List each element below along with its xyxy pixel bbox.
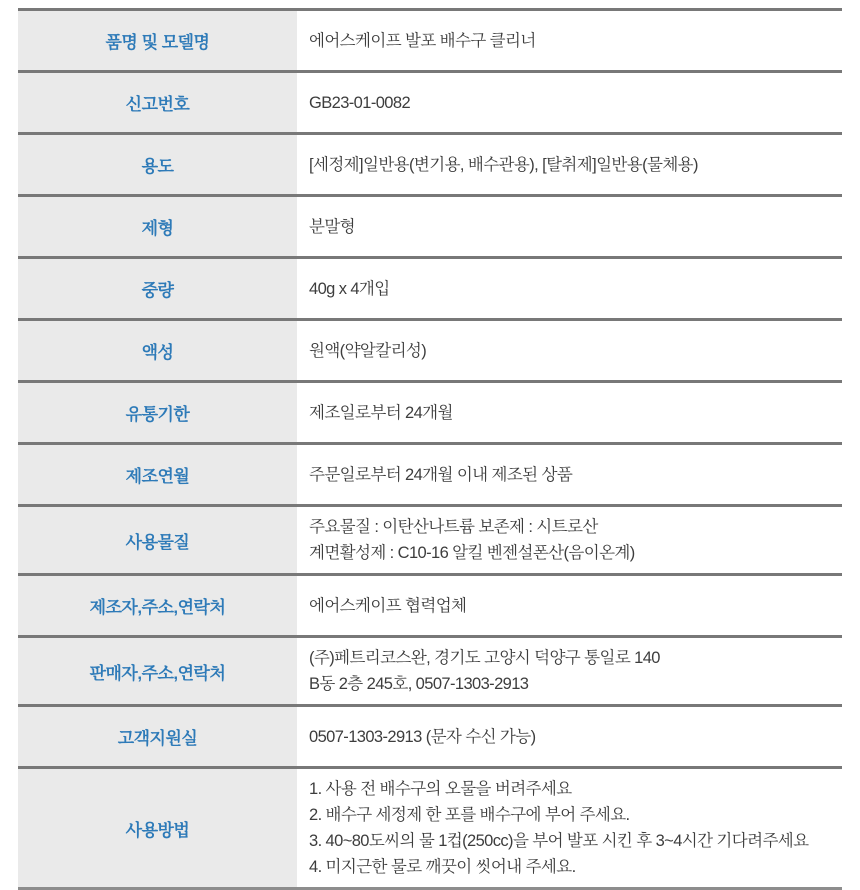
row-label: 제형 — [18, 197, 297, 256]
table-row: 고객지원실 0507-1303-2913 (문자 수신 가능) — [18, 704, 842, 766]
table-row: 제형 분말형 — [18, 194, 842, 256]
row-value: 에어스케이프 협력업체 — [297, 576, 842, 635]
table-row: 제조연월 주문일로부터 24개월 이내 제조된 상품 — [18, 442, 842, 504]
value-line: [세정제]일반용(변기용, 배수관용), [탈취제]일반용(물체용) — [309, 152, 826, 178]
row-value: 주요물질 : 이탄산나트륨 보존제 : 시트로산계면활성제 : C10-16 알… — [297, 507, 842, 573]
row-value: 주문일로부터 24개월 이내 제조된 상품 — [297, 445, 842, 504]
value-line: 에어스케이프 협력업체 — [309, 593, 826, 619]
row-value: 1. 사용 전 배수구의 오물을 버려주세요2. 배수구 세정제 한 포를 배수… — [297, 769, 842, 876]
row-value: 0507-1303-2913 (문자 수신 가능) — [297, 707, 842, 766]
table-row: 신고번호 GB23-01-0082 — [18, 70, 842, 132]
value-line: 3. 40~80도씨의 물 1컵(250cc)을 부어 발포 시킨 후 3~4시… — [309, 828, 826, 854]
value-line: 2. 배수구 세정제 한 포를 배수구에 부어 주세요. — [309, 802, 826, 828]
table-row: 중량 40g x 4개입 — [18, 256, 842, 318]
value-line: B동 2층 245호, 0507-1303-2913 — [309, 671, 826, 697]
row-label: 중량 — [18, 259, 297, 318]
row-value: [세정제]일반용(변기용, 배수관용), [탈취제]일반용(물체용) — [297, 135, 842, 194]
value-line: 주문일로부터 24개월 이내 제조된 상품 — [309, 462, 826, 488]
value-line: 4. 미지근한 물로 깨끗이 씻어내 주세요. — [309, 854, 826, 876]
table-row: 용도 [세정제]일반용(변기용, 배수관용), [탈취제]일반용(물체용) — [18, 132, 842, 194]
row-label: 품명 및 모델명 — [18, 11, 297, 70]
table-row: 사용방법 1. 사용 전 배수구의 오물을 버려주세요2. 배수구 세정제 한 … — [18, 766, 842, 876]
value-line: 계면활성제 : C10-16 알킬 벤젠설폰산(음이온계) — [309, 540, 826, 566]
row-value: 제조일로부터 24개월 — [297, 383, 842, 442]
row-label: 유통기한 — [18, 383, 297, 442]
value-line: 40g x 4개입 — [309, 276, 826, 302]
row-label: 용도 — [18, 135, 297, 194]
value-line: 제조일로부터 24개월 — [309, 400, 826, 426]
row-label: 고객지원실 — [18, 707, 297, 766]
table-row: 유통기한 제조일로부터 24개월 — [18, 380, 842, 442]
row-label: 신고번호 — [18, 73, 297, 132]
product-info-table: 품명 및 모델명 에어스케이프 발포 배수구 클리너 신고번호 GB23-01-… — [18, 8, 842, 876]
value-line: 0507-1303-2913 (문자 수신 가능) — [309, 724, 826, 750]
value-line: 1. 사용 전 배수구의 오물을 버려주세요 — [309, 776, 826, 802]
row-value: 에어스케이프 발포 배수구 클리너 — [297, 11, 842, 70]
row-label: 사용방법 — [18, 769, 297, 876]
table-row: 사용물질 주요물질 : 이탄산나트륨 보존제 : 시트로산계면활성제 : C10… — [18, 504, 842, 573]
row-value: 원액(약알칼리성) — [297, 321, 842, 380]
value-line: 원액(약알칼리성) — [309, 338, 826, 364]
row-label: 액성 — [18, 321, 297, 380]
value-line: 분말형 — [309, 214, 826, 240]
table-row: 액성 원액(약알칼리성) — [18, 318, 842, 380]
row-label: 제조자,주소,연락처 — [18, 576, 297, 635]
value-line: 주요물질 : 이탄산나트륨 보존제 : 시트로산 — [309, 514, 826, 540]
row-label: 제조연월 — [18, 445, 297, 504]
table-row: 제조자,주소,연락처 에어스케이프 협력업체 — [18, 573, 842, 635]
table-row: 품명 및 모델명 에어스케이프 발포 배수구 클리너 — [18, 11, 842, 70]
row-value: 분말형 — [297, 197, 842, 256]
value-line: GB23-01-0082 — [309, 90, 826, 116]
value-line: 에어스케이프 발포 배수구 클리너 — [309, 28, 826, 54]
value-line: (주)페트리코스완, 경기도 고양시 덕양구 통일로 140 — [309, 645, 826, 671]
table-row: 판매자,주소,연락처 (주)페트리코스완, 경기도 고양시 덕양구 통일로 14… — [18, 635, 842, 704]
row-label: 사용물질 — [18, 507, 297, 573]
row-label: 판매자,주소,연락처 — [18, 638, 297, 704]
row-value: 40g x 4개입 — [297, 259, 842, 318]
row-value: (주)페트리코스완, 경기도 고양시 덕양구 통일로 140B동 2층 245호… — [297, 638, 842, 704]
row-value: GB23-01-0082 — [297, 73, 842, 132]
